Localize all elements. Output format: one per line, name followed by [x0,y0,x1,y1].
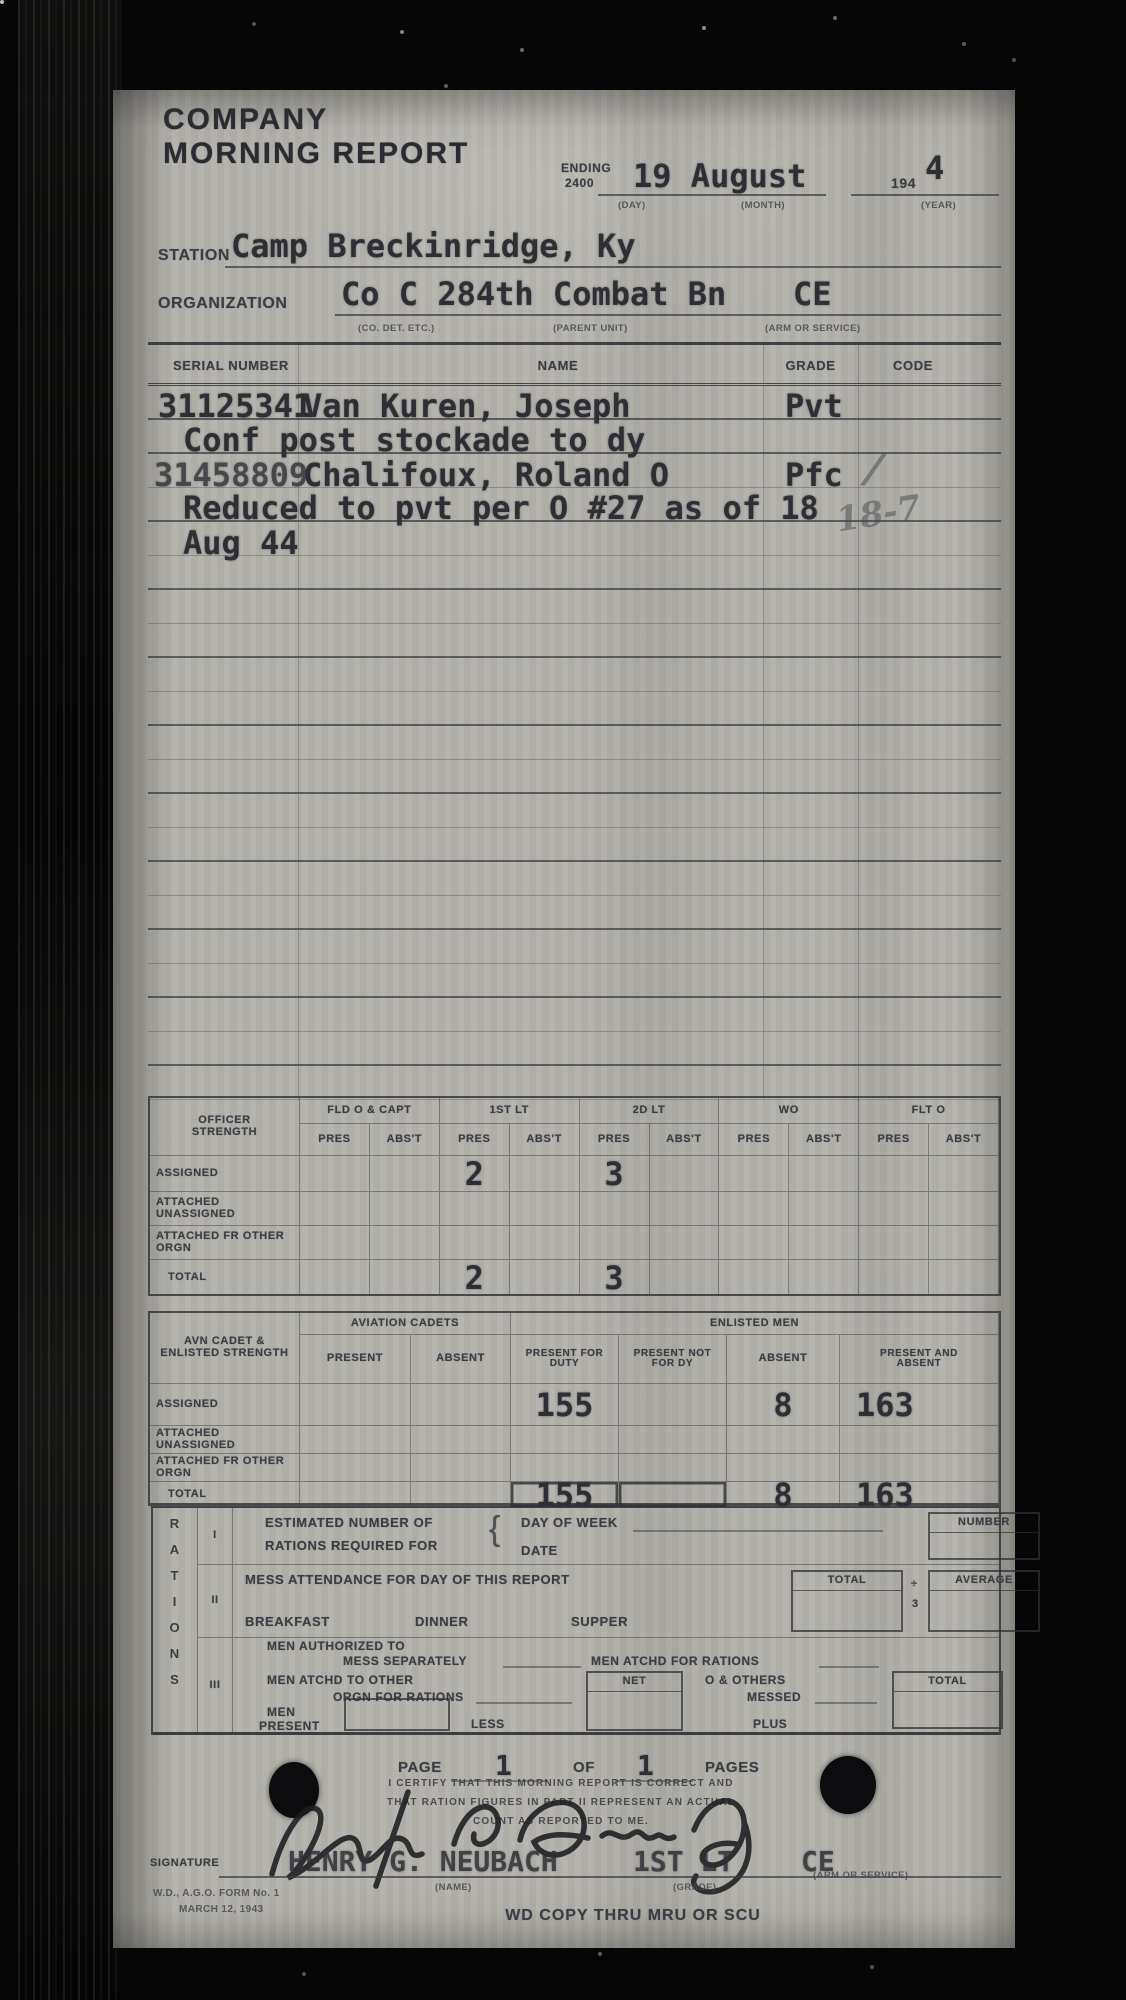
subcol-present-for-duty: PRESENT FOR DUTY [511,1335,619,1384]
year-caption: (YEAR) [921,200,956,211]
of-label: OF [573,1760,595,1776]
entry-name: Van Kuren, Joseph [303,390,631,422]
page-label: PAGE [398,1760,442,1776]
plus-label: PLUS [753,1718,787,1731]
subcol-pres: PRES [719,1124,789,1156]
date-underline [598,194,826,196]
men-present-box [344,1698,450,1731]
group-wo: WO [719,1098,859,1124]
year-printed: 194 [891,176,916,191]
divisor: 3 [912,1599,919,1611]
organization-underline [335,314,1001,316]
pages-label: PAGES [705,1760,759,1776]
ending-label: ENDING [561,162,611,175]
organization-label: ORGANIZATION [158,296,288,313]
part2-numeral: II [198,1565,232,1638]
total-not-for-dy-cell [619,1482,727,1508]
signature-handwriting [258,1782,798,1897]
day-of-week-line [633,1530,883,1532]
part1-numeral: I [198,1508,232,1565]
subcol-absent2: ABSENT [727,1335,840,1384]
group-2d-lt: 2D LT [580,1098,720,1124]
form-title-line2: MORNING REPORT [163,138,469,170]
day-of-week-label: DAY OF WEEK [521,1516,618,1530]
station-label: STATION [158,248,230,265]
day-caption: (DAY) [618,200,646,211]
roster-row: Reduced to pvt per O #27 as of 18 18-7 [148,488,1001,522]
header-divider [763,345,764,383]
roster-row [148,658,1001,692]
parent-unit-caption: (PARENT UNIT) [553,323,628,334]
subcol-present: PRESENT [300,1335,411,1384]
roster-row [148,964,1001,998]
scan-speckles [0,0,4,4]
rations-total-box: TOTAL [892,1671,1003,1729]
name-caption: (NAME) [435,1882,472,1893]
group-enlisted-men: ENLISTED MEN [511,1313,999,1335]
atchd-rations-line [819,1666,879,1668]
row-total: TOTAL [150,1260,300,1296]
estimated-line2: RATIONS REQUIRED FOR [265,1539,438,1553]
scanned-morning-report: { "colors": {"paper":"#b5b3ac","typed_in… [0,0,1126,2000]
roster-row [148,998,1001,1032]
subcol-present-and-absent: PRESENT AND ABSENT [840,1335,999,1384]
number-box-label: NUMBER [930,1514,1038,1533]
col-serial-number: SERIAL NUMBER [173,359,289,373]
scan-streak-band [18,0,122,2000]
signature-label: SIGNATURE [150,1858,219,1870]
entry-remark: Aug 44 [183,527,299,559]
mess-separately-line [503,1666,581,1668]
arm-of-service-field: CE [793,278,832,310]
date-label: DATE [521,1544,558,1558]
entry-remark: Conf post stockade to dy [183,424,645,456]
subcol-pres: PRES [300,1124,370,1156]
mess-attendance-label: MESS ATTENDANCE FOR DAY OF THIS REPORT [245,1573,570,1587]
estimated-line1: ESTIMATED NUMBER OF [265,1516,433,1530]
header-divider [298,345,299,383]
group-flt-o: FLT O [859,1098,999,1124]
number-box: NUMBER [928,1512,1040,1560]
men-atchd-for-rations: MEN ATCHD FOR RATIONS [591,1655,759,1668]
assigned-2dlt-pres: 3 [580,1156,650,1192]
entry-remark: Reduced to pvt per O #27 as of 18 [183,492,819,524]
assigned-present-and-absent: 163 [840,1384,999,1426]
mess-total-label: TOTAL [793,1572,901,1591]
entry-serial: 31458809 [154,459,308,491]
assigned-present-for-duty: 155 [511,1384,619,1426]
organization-field: Co C 284th Combat Bn [341,278,726,310]
subcol-absent: ABSENT [411,1335,511,1384]
subcol-abst: ABS'T [929,1124,999,1156]
roster-row [148,896,1001,930]
signer-grade: 1ST LT [633,1848,734,1876]
total-present-for-duty: 155 [511,1482,619,1508]
rations-section: RATIONS I II III ESTIMATED NUMBER OF RAT… [151,1506,1001,1735]
header-divider [858,345,859,383]
month-caption: (MONTH) [741,200,785,211]
assigned-1stlt-pres: 2 [440,1156,510,1192]
grade-caption: (GRADE) [673,1882,716,1893]
roster-row [148,692,1001,726]
roster-header: SERIAL NUMBER NAME GRADE CODE [148,342,1001,386]
year-typed-field: 4 [925,152,944,184]
group-aviation-cadets: AVIATION CADETS [300,1313,511,1335]
o-and-others-line1: O & OTHERS [705,1674,786,1687]
mess-total-box: TOTAL [791,1570,903,1632]
row-attached-fr-other: ATTACHED FR OTHER ORGN [150,1454,300,1482]
subcol-abst: ABS'T [510,1124,580,1156]
wd-copy-note: WD COPY THRU MRU OR SCU [473,1908,793,1925]
roster-row [148,726,1001,760]
entry-name: Chalifoux, Roland O [303,459,669,491]
less-label: LESS [471,1718,505,1731]
net-label: NET [588,1673,681,1692]
rations-numeral-col: I II III [197,1508,233,1732]
roster-row: 31458809 Chalifoux, Roland O Pfc / [148,454,1001,488]
roster-row [148,930,1001,964]
row-total: TOTAL [150,1482,300,1508]
men-atchd-other-line1: MEN ATCHD TO OTHER [267,1674,414,1687]
form-date: MARCH 12, 1943 [179,1904,264,1915]
punch-dot-right [820,1756,876,1814]
officer-strength-title: OFFICER STRENGTH [150,1098,300,1156]
roster-row [148,794,1001,828]
report-date-field: 19 August [633,160,806,192]
rations-part2: MESS ATTENDANCE FOR DAY OF THIS REPORT B… [233,1565,999,1638]
breakfast-label: BREAKFAST [245,1615,330,1629]
roster-row [148,1032,1001,1066]
row-attached-unassigned: ATTACHED UNASSIGNED [150,1192,300,1226]
group-fld-o-capt: FLD O & CAPT [300,1098,440,1124]
total-present-and-absent: 163 [840,1482,999,1508]
part3-numeral: III [198,1638,232,1733]
row-assigned: ASSIGNED [150,1156,300,1192]
men-authorized-line2: MESS SEPARATELY [343,1655,467,1668]
assigned-absent: 8 [727,1384,840,1426]
total-1stlt-pres: 2 [440,1260,510,1296]
roster-row [148,590,1001,624]
total-absent: 8 [727,1482,840,1508]
men-label: MEN [267,1706,295,1719]
station-field: Camp Breckinridge, Ky [231,230,636,262]
subcol-abst: ABS'T [789,1124,859,1156]
year-underline [851,194,999,196]
roster-row [148,1066,1001,1100]
subcol-present-not-for-dy: PRESENT NOT FOR DY [619,1335,727,1384]
row-attached-fr-other: ATTACHED FR OTHER ORGN [150,1226,300,1260]
divide-sign: ÷ [911,1579,918,1591]
average-box: AVERAGE [928,1570,1040,1632]
rations-total-label: TOTAL [894,1673,1001,1692]
roster-row: 31125341 Van Kuren, Joseph Pvt [148,386,1001,420]
subcol-abst: ABS'T [650,1124,720,1156]
o-and-others-line2: MESSED [747,1691,801,1704]
brace: { [489,1512,501,1548]
total-2dlt-pres: 3 [580,1260,650,1296]
roster-row [148,760,1001,794]
roster-row [148,624,1001,658]
station-underline [225,266,1001,268]
form-title-line1: COMPANY [163,104,328,136]
men-authorized-line1: MEN AUTHORIZED TO [267,1640,405,1653]
roster-row [148,556,1001,590]
subcol-pres: PRES [440,1124,510,1156]
row-assigned: ASSIGNED [150,1384,300,1426]
rations-vertical-label: RATIONS [167,1516,182,1731]
morning-report-form: COMPANY MORNING REPORT ENDING 2400 19 Au… [113,90,1015,1948]
dinner-label: DINNER [415,1615,468,1629]
row-attached-unassigned: ATTACHED UNASSIGNED [150,1426,300,1454]
subcol-pres: PRES [580,1124,650,1156]
col-name: NAME [478,359,638,373]
col-grade: GRADE [763,359,858,373]
entry-grade: Pvt [785,390,843,422]
arm-service-caption: (ARM OR SERVICE) [765,323,860,334]
form-number: W.D., A.G.O. FORM No. 1 [153,1888,280,1899]
roster-row [148,862,1001,896]
pages-number: 1 [637,1752,654,1780]
messed-line [815,1702,877,1704]
rations-part3: MEN AUTHORIZED TO MESS SEPARATELY MEN AT… [233,1638,999,1733]
subcol-abst: ABS'T [370,1124,440,1156]
page-number: 1 [495,1752,512,1780]
supper-label: SUPPER [571,1615,628,1629]
roster-row: Aug 44 [148,522,1001,556]
officer-strength-table: OFFICER STRENGTH FLD O & CAPT 1ST LT 2D … [148,1096,1001,1296]
enlisted-title: AVN CADET & ENLISTED STRENGTH [150,1313,300,1384]
rations-part1: ESTIMATED NUMBER OF RATIONS REQUIRED FOR… [233,1508,999,1565]
arm-caption: (ARM OR SERVICE) [813,1870,908,1881]
roster-row [148,828,1001,862]
group-1st-lt: 1ST LT [440,1098,580,1124]
average-label: AVERAGE [930,1572,1038,1591]
entry-grade: Pfc [785,459,843,491]
enlisted-strength-table: AVN CADET & ENLISTED STRENGTH AVIATION C… [148,1311,1001,1506]
roster-body: 31125341 Van Kuren, Joseph Pvt Conf post… [148,386,1001,1100]
subcol-pres: PRES [859,1124,929,1156]
net-box: NET [586,1671,683,1731]
entry-serial: 31125341 [158,390,312,422]
co-det-caption: (CO. DET. ETC.) [358,323,435,334]
orgn-rations-line [476,1702,572,1704]
signer-name: HENRY G. NEUBACH [288,1848,558,1876]
present-label: PRESENT [259,1720,320,1733]
ending-2400: 2400 [565,177,594,190]
col-code: CODE [858,359,968,373]
